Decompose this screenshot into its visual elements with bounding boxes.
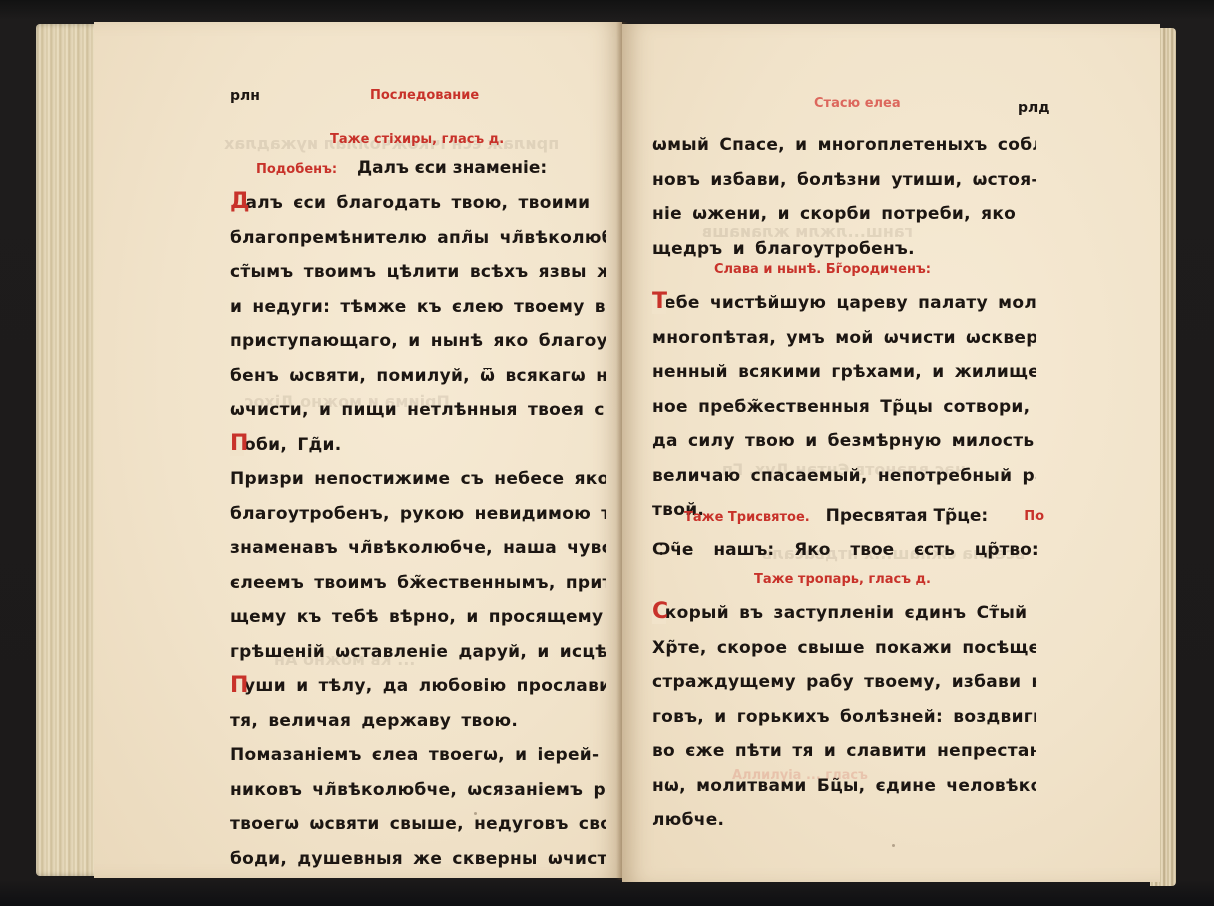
text-line: Далъ єси благодать твою, твоими	[230, 186, 606, 221]
troparion-rubric: Таже тропарь, гласъ д.	[754, 572, 931, 587]
podoben-text: Далъ єси знаменіе:	[357, 158, 547, 178]
red-initial-p: П	[230, 431, 248, 456]
folio-number: рлд	[1018, 100, 1050, 116]
text-line: во єже пѣти тя и славити непрестан-	[652, 734, 1036, 769]
right-page: ганш...лжлм жлаиашв нас вланотв Єнтан Ду…	[622, 24, 1160, 882]
our-father-line: Ѻч̃е нашъ: Яко твое єсть цр̃тво:	[652, 540, 1039, 560]
text-line: ѡчисти, и пищи нетлѣнныя твоея спо-	[230, 393, 606, 428]
text-line: Скорый въ заступленіи єдинъ Ст̃ый	[652, 596, 1036, 631]
text-line: новъ избави, болѣзни утиши, ѡстоя-	[652, 163, 1036, 198]
rubric-glory: Слава и нынѣ. Бг̃ородиченъ:	[714, 262, 931, 277]
red-initial-d: Д	[230, 189, 250, 214]
right-body-text-bottom: Скорый въ заступленіи єдинъ Ст̃ый Хр̃те,…	[652, 596, 1036, 838]
running-head: Последование	[370, 88, 479, 103]
text-line: щему къ тебѣ вѣрно, и просящему пре-	[230, 600, 606, 635]
text-line: ст̃ымъ твоимъ цѣлити всѣхъ язвы же	[230, 255, 606, 290]
text-line: Хр̃те, скорое свыше покажи посѣщеніе	[652, 631, 1036, 666]
trisagion-line: Таже Трисвятое. Пресвятая Тр̃це: По	[684, 506, 1044, 526]
text-line: Помазаніемъ єлеа твоегѡ, и іерей-	[230, 738, 606, 773]
text-line: благопремѣнителю апл̃ы чл̃вѣколюбче, єле…	[230, 221, 606, 256]
text-line: грѣшеній ѡставленіе даруй, и исцѣленіе	[230, 635, 606, 670]
text-line: страждущему рабу твоему, избави неду-	[652, 665, 1036, 700]
text-line: ное пребж̃ественныя Тр̃цы сотвори, яко	[652, 390, 1036, 425]
right-body-text-mid: Тебе чистѣйшую цареву палату молю многоп…	[652, 286, 1036, 528]
trisagion-text: Пресвятая Тр̃це:	[826, 506, 989, 526]
text-line: Тебе чистѣйшую цареву палату молю	[652, 286, 1036, 321]
text-line: величаю спасаемый, непотребный рабъ	[652, 459, 1036, 494]
text-line: души и тѣлу, да любовію прославитъ	[230, 669, 606, 704]
text-line: приступающаго, и нынѣ яко благоутро-	[230, 324, 606, 359]
left-body-text: Далъ єси благодать твою, твоими благопре…	[230, 186, 606, 876]
rubric-heading: Таже стіхиры, гласъ д.	[330, 132, 504, 147]
red-initial-p: П	[230, 673, 248, 698]
left-page-stack-edge	[36, 24, 102, 876]
text-line: доби, Гд̃и.	[230, 428, 606, 463]
text-line: Призри непостижиме съ небесе яко	[230, 462, 606, 497]
show-through-rubric: Аллилуіа ... гласъ	[732, 768, 868, 783]
right-body-text-top: ѡмый Спасе, и многоплетеныхъ соблаз- нов…	[652, 128, 1036, 266]
podoben-line: Подобенъ: Далъ єси знаменіе:	[256, 158, 547, 178]
text-line: знаменавъ чл̃вѣколюбче, наша чувства,	[230, 531, 606, 566]
folio-number: рлн	[230, 88, 260, 104]
trisagion-po: По	[1024, 509, 1044, 524]
text-line: говъ, и горькихъ болѣзней: воздвигни	[652, 700, 1036, 735]
text-line: многопѣтая, умъ мой ѡчисти ѡскверь-	[652, 321, 1036, 356]
text-line: бенъ ѡсвяти, помилуй, ѿ всякагѡ недуга	[230, 359, 606, 394]
text-line: и недуги: тѣмже къ єлею твоему вѣрно	[230, 290, 606, 325]
text-line: ѡмый Спасе, и многоплетеныхъ соблаз-	[652, 128, 1036, 163]
text-line: ненный всякими грѣхами, и жилище крас-	[652, 355, 1036, 390]
podoben-label: Подобенъ:	[256, 162, 337, 177]
text-line: тя, величая державу твою.	[230, 704, 606, 739]
text-line: благоутробенъ, рукою невидимою твоею	[230, 497, 606, 532]
trisagion-rubric: Таже Трисвятое.	[684, 510, 810, 525]
running-head: Стасю елеа	[814, 96, 901, 111]
text-line: любче.	[652, 803, 1036, 838]
red-initial-s: С	[652, 599, 668, 624]
text-line: щедръ и благоутробенъ.	[652, 232, 1036, 267]
text-line: єлеемъ твоимъ бж̃ественнымъ, притекаю-	[230, 566, 606, 601]
text-line: твоегѡ ѡсвяти свыше, недуговъ сво-	[230, 807, 606, 842]
text-line: боди, душевныя же скверны ѡчисти,	[230, 842, 606, 877]
text-line: ніе ѡжени, и скорби потреби, яко	[652, 197, 1036, 232]
left-page: прилаж єсн ічкожчоллал иужадлах Пріима и…	[94, 22, 622, 878]
red-initial-t: Т	[652, 289, 667, 314]
text-line: да силу твою и безмѣрную милость	[652, 424, 1036, 459]
text-line: никовъ чл̃вѣколюбче, ѡсязаніемъ раба	[230, 773, 606, 808]
